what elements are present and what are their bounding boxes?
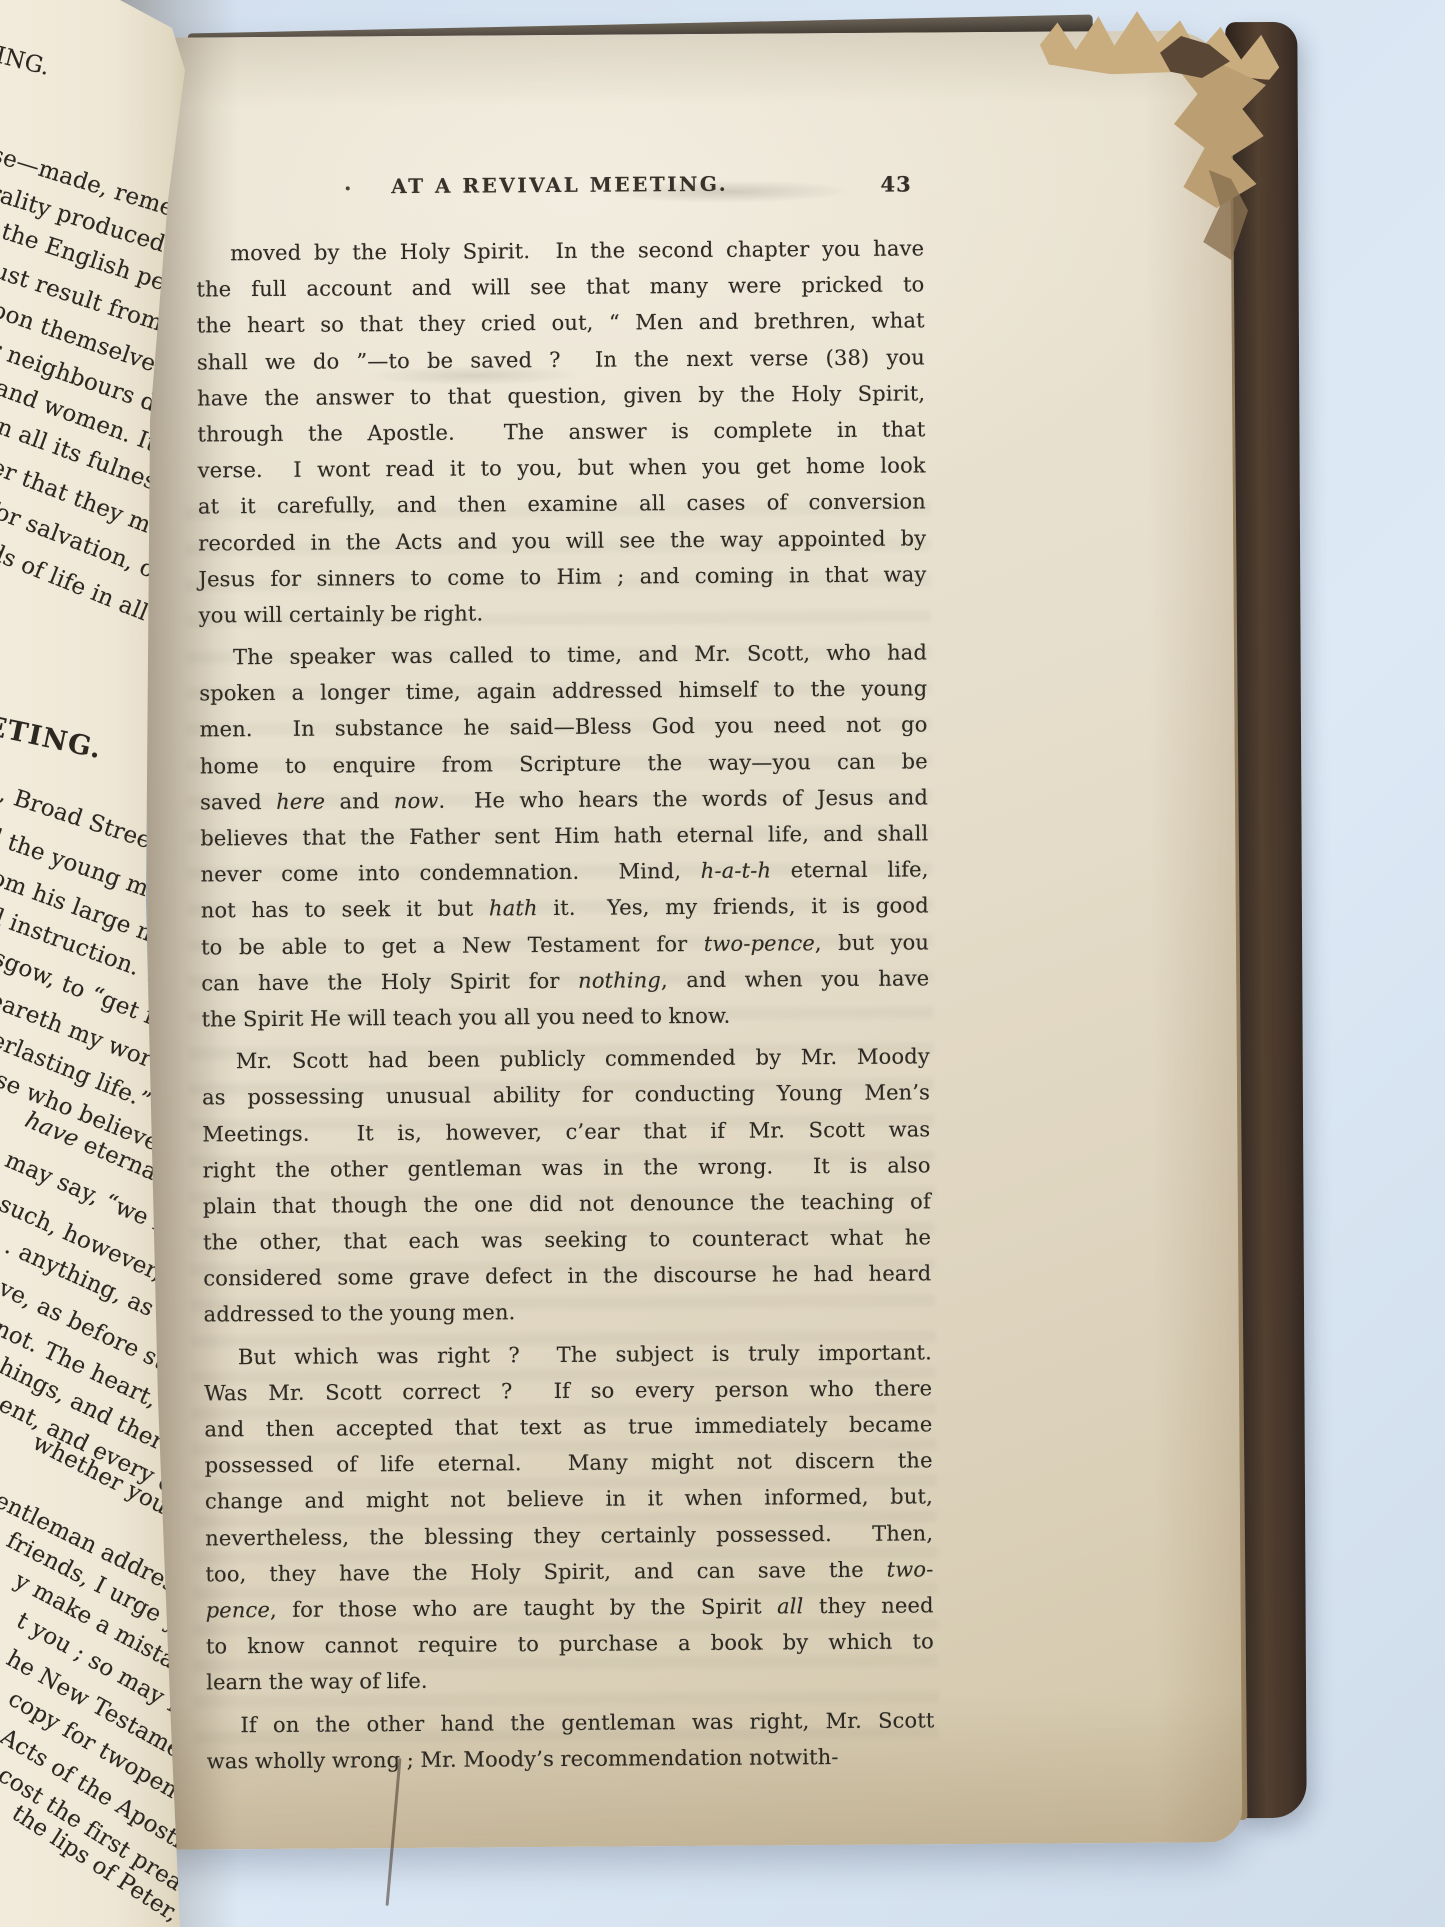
book-photo-scene: AT A REVIVAL MEETING. 43 moved by the Ho… bbox=[0, 0, 1445, 1927]
text-line: recorded in the Acts and you will see th… bbox=[198, 520, 926, 561]
text-line: saved here and now. He who hears the wor… bbox=[200, 779, 928, 820]
text-line: verse. I wont read it to you, but when y… bbox=[198, 447, 926, 488]
running-head: AT A REVIVAL MEETING. 43 bbox=[196, 170, 924, 201]
text-line: can have the Holy Spirit for nothing, an… bbox=[201, 960, 929, 1001]
text-line: Was Mr. Scott correct ? If so every pers… bbox=[204, 1370, 932, 1411]
text-line: the other, that each was seeking to coun… bbox=[203, 1219, 931, 1260]
text-line: nevertheless, the blessing they certainl… bbox=[205, 1515, 933, 1556]
left-page-text-fragment: ING. bbox=[0, 44, 52, 80]
paragraph: The speaker was called to time, and Mr. … bbox=[199, 634, 930, 1037]
text-line: as possessing unusual ability for conduc… bbox=[202, 1075, 930, 1116]
text-line: the full account and will see that many … bbox=[196, 267, 924, 308]
text-line: you will certainly be right. bbox=[199, 592, 927, 633]
text-line: not has to seek it but hath it. Yes, my … bbox=[201, 888, 929, 929]
text-line: the Spirit He will teach you all you nee… bbox=[201, 996, 929, 1037]
text-line: never come into condemnation. Mind, h-a-… bbox=[200, 852, 928, 893]
text-line: to be able to get a New Testament for tw… bbox=[201, 924, 929, 965]
text-line: through the Apostle. The answer is compl… bbox=[197, 411, 925, 452]
text-line: to know cannot require to purchase a boo… bbox=[206, 1623, 934, 1664]
text-line: Mr. Scott had been publicly commended by… bbox=[202, 1038, 930, 1079]
page-header: AT A REVIVAL MEETING. bbox=[391, 172, 728, 198]
text-line: If on the other hand the gentleman was r… bbox=[206, 1702, 934, 1743]
page-text: moved by the Holy Spirit. In the second … bbox=[196, 230, 935, 1779]
paragraph: Mr. Scott had been publicly commended by… bbox=[202, 1038, 932, 1333]
text-line: shall we do ”—to be saved ? In the next … bbox=[197, 339, 925, 380]
text-line: home to enquire from Scripture the way—y… bbox=[200, 743, 928, 784]
text-line: right the other gentleman was in the wro… bbox=[202, 1147, 930, 1188]
text-line: the heart so that they cried out, “ Men … bbox=[197, 303, 925, 344]
text-line: pence, for those who are taught by the S… bbox=[206, 1587, 934, 1628]
text-line: plain that though the one did not denoun… bbox=[203, 1183, 931, 1224]
text-line: But which was right ? The subject is tru… bbox=[204, 1334, 932, 1375]
text-line: Jesus for sinners to come to Him ; and c… bbox=[198, 556, 926, 597]
page-number: 43 bbox=[880, 171, 911, 196]
text-line: have the answer to that question, given … bbox=[197, 375, 925, 416]
text-line: at it carefully, and then examine all ca… bbox=[198, 484, 926, 525]
text-line: learn the way of life. bbox=[206, 1660, 934, 1701]
book-page: AT A REVIVAL MEETING. 43 moved by the Ho… bbox=[142, 30, 1243, 1850]
text-line: considered some grave defect in the disc… bbox=[203, 1256, 931, 1297]
text-line: addressed to the young men. bbox=[203, 1292, 931, 1333]
text-line: moved by the Holy Spirit. In the second … bbox=[196, 230, 924, 271]
text-line: The speaker was called to time, and Mr. … bbox=[199, 634, 927, 675]
paragraph: If on the other hand the gentleman was r… bbox=[206, 1702, 934, 1779]
text-line: change and might not believe in it when … bbox=[205, 1479, 933, 1520]
text-line: too, they have the Holy Spirit, and can … bbox=[205, 1551, 933, 1592]
ink-dot bbox=[346, 186, 350, 190]
text-line: Meetings. It is, however, c’ear that if … bbox=[202, 1111, 930, 1152]
text-line: men. In substance he said—Bless God you … bbox=[199, 707, 927, 748]
text-line: spoken a longer time, again addressed hi… bbox=[199, 671, 927, 712]
paragraph: moved by the Holy Spirit. In the second … bbox=[196, 230, 927, 633]
text-line: and then accepted that text as true imme… bbox=[204, 1406, 932, 1447]
text-line: was wholly wrong ; Mr. Moody’s recommend… bbox=[207, 1738, 935, 1779]
text-line: possessed of life eternal. Many might no… bbox=[205, 1443, 933, 1484]
paragraph: But which was right ? The subject is tru… bbox=[204, 1334, 935, 1701]
text-line: believes that the Father sent Him hath e… bbox=[200, 815, 928, 856]
left-page-text-fragment: ETING. bbox=[0, 712, 105, 763]
